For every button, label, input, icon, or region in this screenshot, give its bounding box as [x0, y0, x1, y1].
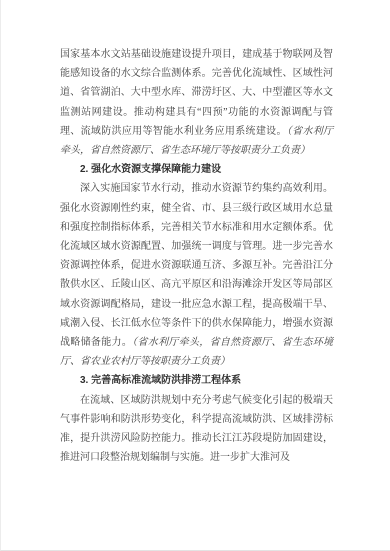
document-page: 国家基本水文站基础设施建设提升项目，建成基于物联网及智能感知设备的水文综合监测体…: [0, 0, 390, 551]
paragraph-water-resources: 深入实施国家节水行动，推动水资源节约集约高效利用。强化水资源刚性约束，健全省、市…: [60, 179, 333, 371]
paragraph-body-text: 在流域、区域防洪规划中充分考虑气候变化引起的极端天气事件影响和防洪形势变化，科学…: [60, 395, 333, 464]
section-heading-2: 2. 强化水资源支撑保障能力建设: [60, 160, 333, 179]
paragraph-body-text: 国家基本水文站基础设施建设提升项目，建成基于物联网及智能感知设备的水文综合监测体…: [60, 49, 333, 137]
paragraph-body-text: 深入实施国家节水行动，推动水资源节约集约高效利用。强化水资源刚性约束，健全省、市…: [60, 183, 333, 348]
section-heading-3: 3. 完善高标准流域防洪排涝工程体系: [60, 371, 333, 390]
document-text-block: 国家基本水文站基础设施建设提升项目，建成基于物联网及智能感知设备的水文综合监测体…: [60, 45, 333, 467]
paragraph-continuation: 国家基本水文站基础设施建设提升项目，建成基于物联网及智能感知设备的水文综合监测体…: [60, 45, 333, 160]
paragraph-flood-control: 在流域、区域防洪规划中充分考虑气候变化引起的极端天气事件影响和防洪形势变化，科学…: [60, 391, 333, 468]
